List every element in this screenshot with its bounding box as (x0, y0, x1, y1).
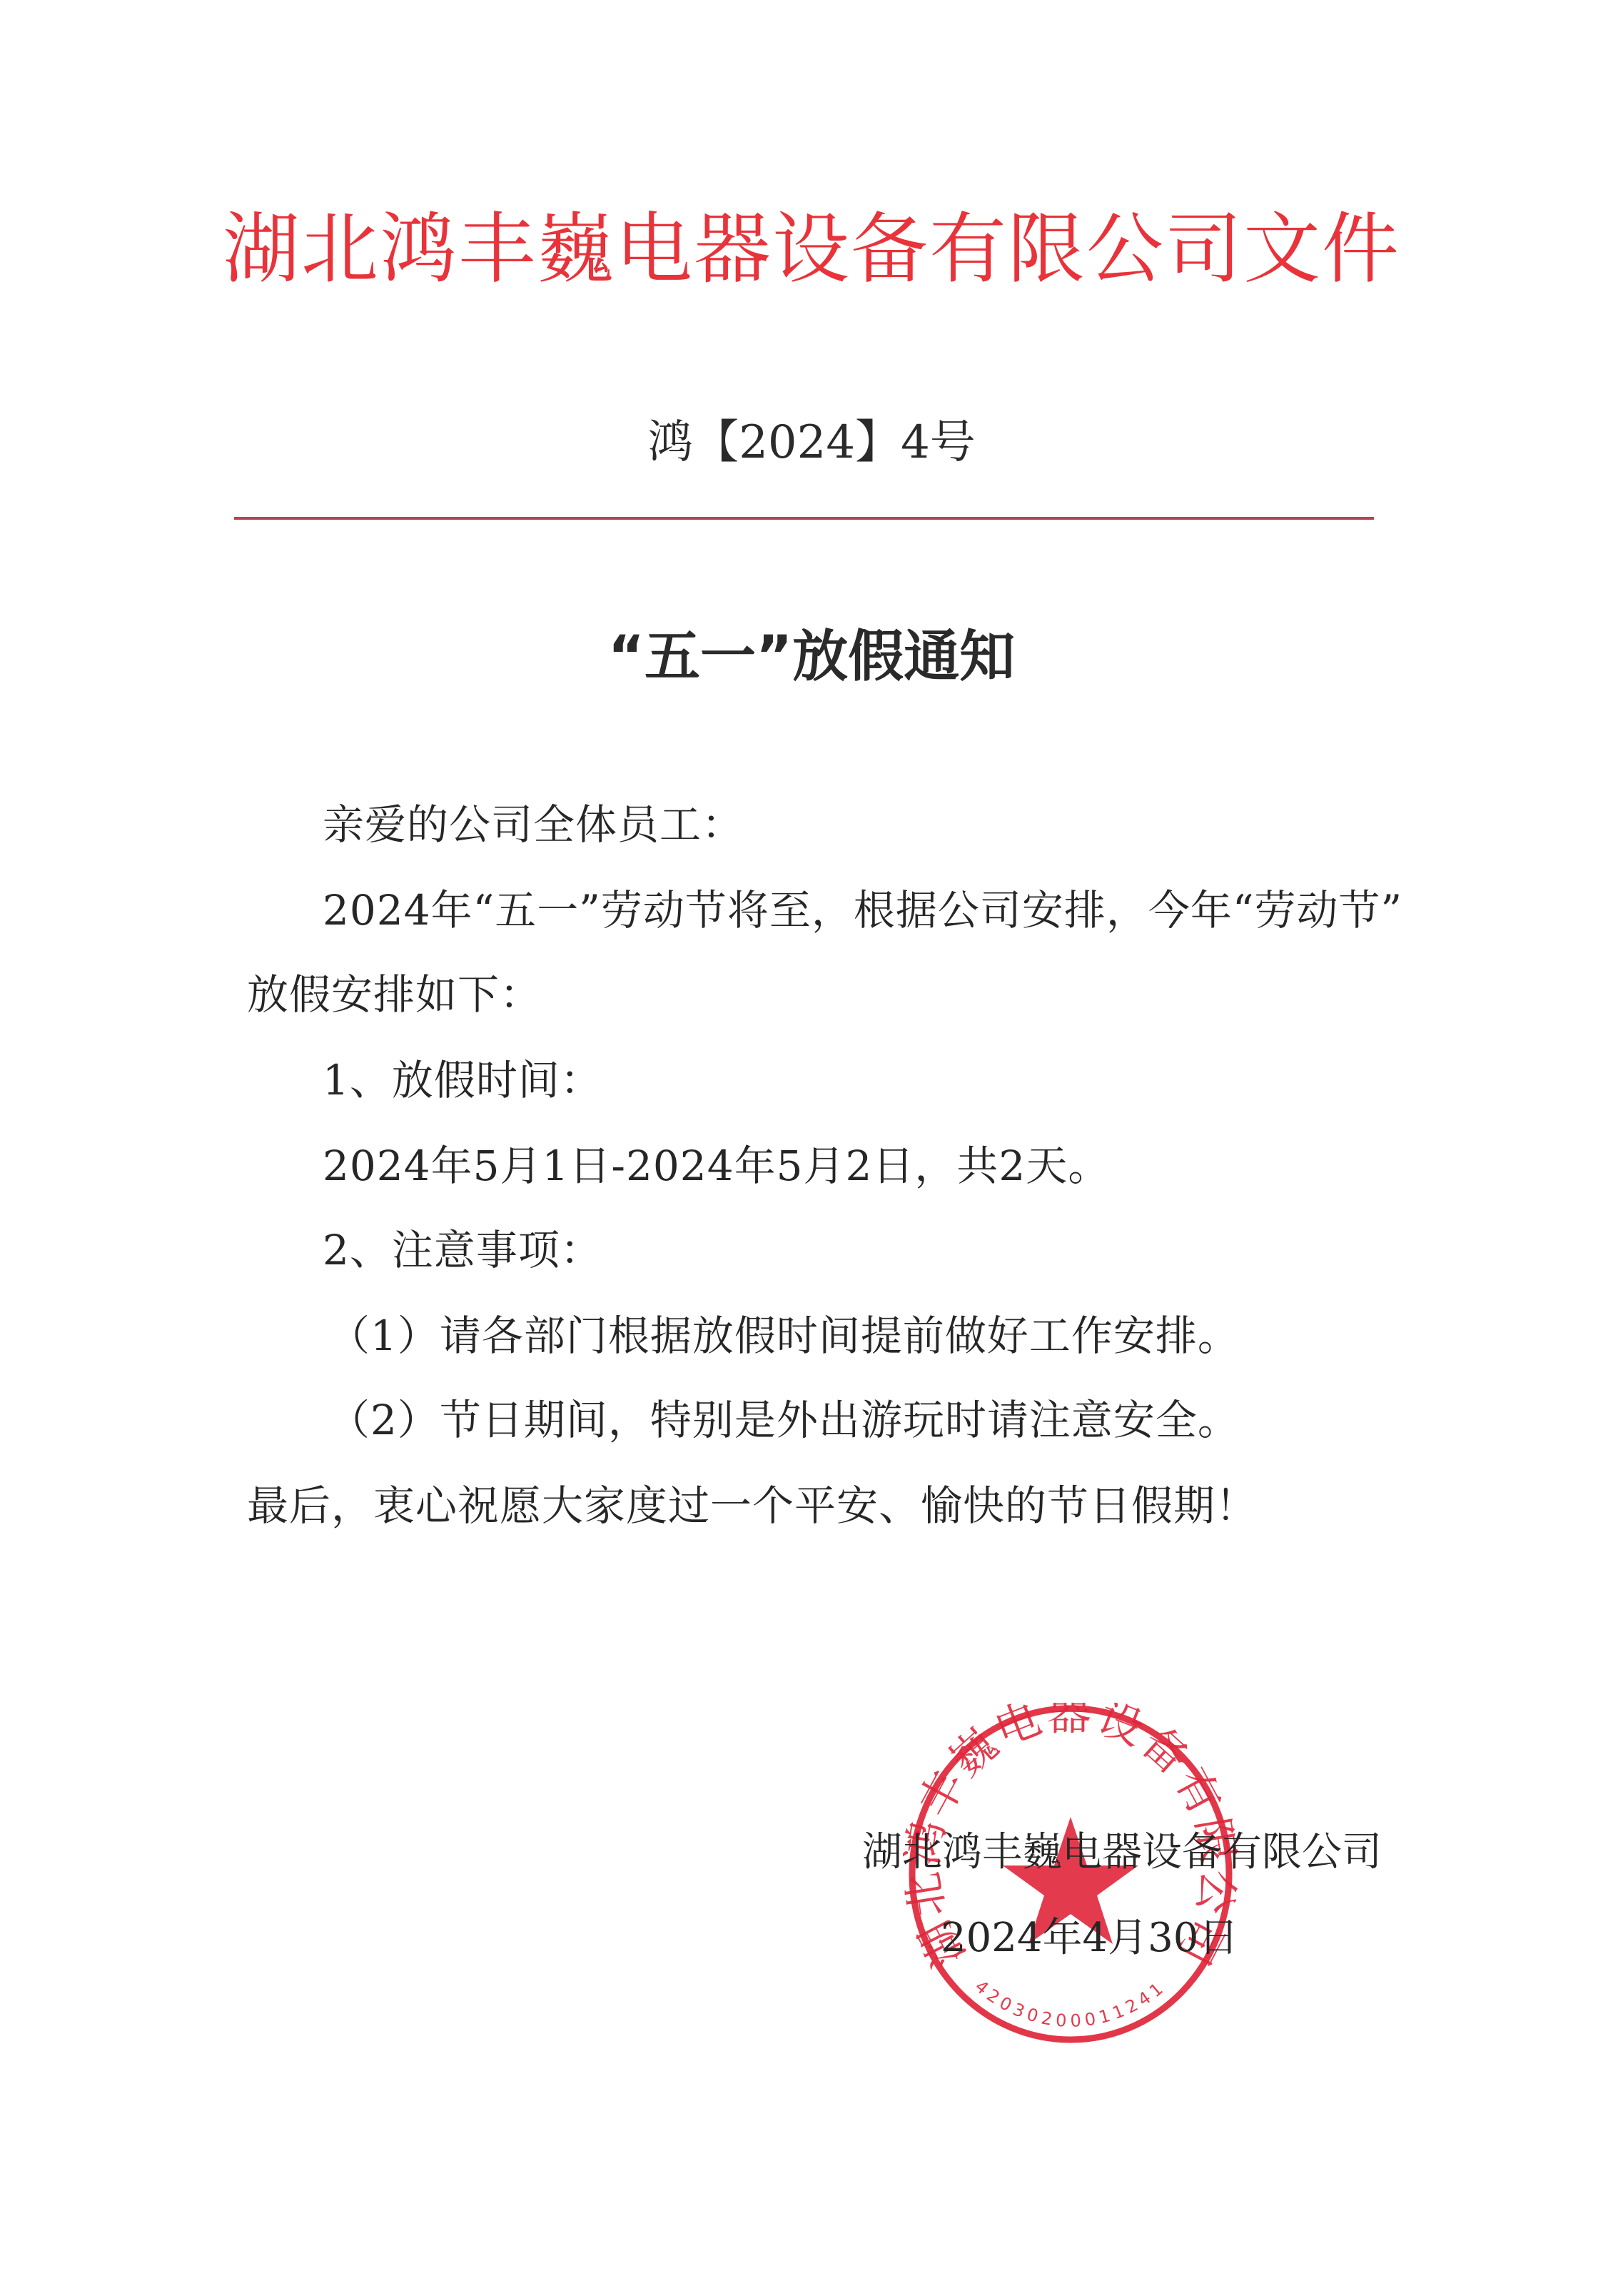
section-2-title: 2、注意事项： (323, 1225, 602, 1275)
section-2-item-2: （2）节日期间，特别是外出游玩时请注意安全。 (328, 1395, 1240, 1445)
section-1-title: 1、放假时间： (323, 1055, 602, 1105)
section-2-item-1: （1）请各部门根据放假时间提前做好工作安排。 (328, 1311, 1240, 1361)
notice-heading: “五一”放假通知 (0, 621, 1623, 693)
signature-company: 湖北鸿丰巍电器设备有限公司 (862, 1828, 1382, 1878)
intro-line-2: 放假安排如下： (247, 970, 542, 1019)
section-1-body: 2024年5月1日-2024年5月2日，共2天。 (323, 1141, 1110, 1191)
signature-date: 2024年4月30日 (941, 1913, 1238, 1963)
intro-line-1: 2024年“五一”劳动节将至，根据公司安排，今年“劳动节” (323, 885, 1402, 935)
document-title: 湖北鸿丰巍电器设备有限公司文件 (0, 203, 1623, 296)
closing-line: 最后，衷心祝愿大家度过一个平安、愉快的节日假期！ (247, 1481, 1258, 1531)
salutation: 亲爱的公司全体员工： (323, 800, 744, 850)
red-divider (234, 517, 1374, 520)
document-number: 鸿【2024】4号 (0, 414, 1623, 471)
